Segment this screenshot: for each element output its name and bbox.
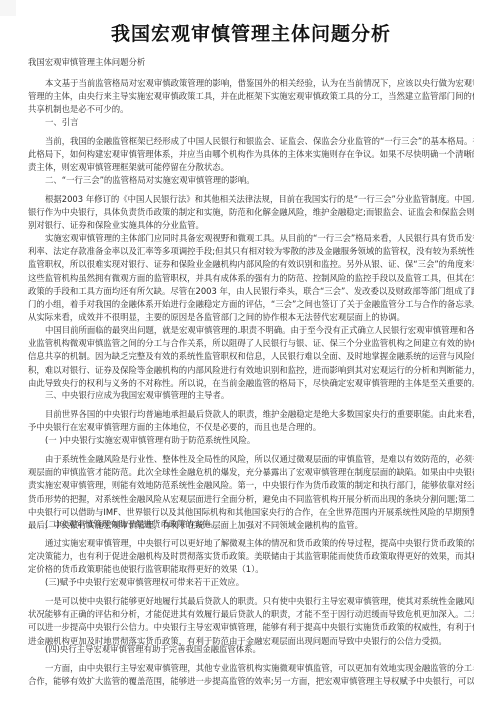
text-line: 目前世界各国的中央银行均普遍地承担最后贷款人的职责，维护金融稳定是绝大多数国家央… <box>28 408 474 421</box>
text-line: 通过实施宏观审慎管理，中央银行可以更好地了解微观主体的情况和货币政策的传导过程，… <box>28 537 474 550</box>
text-line: (二)宏观审慎管理有助于促进货币政策的实施。 <box>28 518 474 531</box>
section-heading: 三、中央银行应成为我国宏观审慎管理的主导者。 <box>28 389 474 402</box>
text-line: 管理的主体，由央行来主导实施宏观审慎政策工具，并在此框架下实施宏观审慎政策工具的… <box>28 90 474 103</box>
text-line: 定价格的货币政策职能也使银行监管职能取得更好的效果（1）。 <box>28 563 474 576</box>
section-heading: 一、引言 <box>28 116 474 129</box>
text-line: 政策的手段和工具方面均还有所欠缺。尽管在2003 年，由人民银行牵头，联合“三会… <box>28 285 474 298</box>
text-line: 利率、法定存款准备金率以及汇率等多项调控手段;但其只有相对较为零散的涉及金融服务… <box>28 245 474 258</box>
text-line: 中央银行可以借助与IMF、世界银行以及其他国际机构和其他国家央行的合作，在全世界… <box>28 506 474 519</box>
section-heading: 二、“一行三会”的监管格局对实施宏观审慎管理的影响。 <box>28 174 474 187</box>
paragraph: 一方面，由中央银行主导宏观审慎管理，其他专业监管机构实施微观审慎监管，可以更加有… <box>28 662 474 688</box>
text-line: 予中央银行在宏观审慎管理方面的主体地位，不仅是必要的，而且也是合理的。 <box>28 421 474 434</box>
text-line: 当前，我国的金融监管框架已经形成了中国人民银行和银监会、证监会、保监会分业监管的… <box>28 135 474 148</box>
section-heading: (一 )中央银行实施宏观审慎管理有助于防范系统性风险。 <box>28 434 474 447</box>
text-line: 门的小组，着手对我国的金融体系开始进行金融稳定方面的评估，“三会”之间也签订了关… <box>28 298 474 311</box>
text-line: 从实际来看，成效并不很明显，主要的原因是各监管部门之间的协作根本无法替代宏观层面… <box>28 311 474 324</box>
text-line: 一是可以使中央银行能够更好地履行其最后贷款人的职责。只有使中央银行主导宏观审慎管… <box>28 595 474 608</box>
text-line: 此格局下，如何构建宏观审慎管理体系，并应当由哪个机构作为具体的主体来实施则存在争… <box>28 148 474 161</box>
text-line: 合作，能够有效扩大监管的覆盖范围，能够进一步提高监管的效率;另一方面，把宏观审慎… <box>28 675 474 688</box>
paragraph: 根据2003 年修订的《中国人民银行法》和其他相关法律法规，目前在我国实行的是“… <box>28 193 474 233</box>
text-line: (一 )中央银行实施宏观审慎管理有助于防范系统性风险。 <box>28 434 474 447</box>
paragraph: 中国目前所面临的最突出问题，就是宏观审慎管理的.职责不明确。由于至今没有正式确立… <box>28 324 474 390</box>
text-line: 监管职权，所以很难实现对银行、证券和保险业金融机构内部风险的有效识别和监控。另外… <box>28 258 474 271</box>
text-line: 共享机制也是必不可少的。 <box>28 103 474 116</box>
paragraph: 一是可以使中央银行能够更好地履行其最后贷款人的职责。只有使中央银行主导宏观审慎管… <box>28 595 474 648</box>
text-line: 一方面，由中央银行主导宏观审慎管理，其他专业监管机构实施微观审慎监管，可以更加有… <box>28 662 474 675</box>
paragraph: 当前，我国的金融监管框架已经形成了中国人民银行和银监会、证监会、保监会分业监管的… <box>28 135 474 175</box>
text-line: 观层面的审慎监管才能防范。此次全球性金融危机的爆发，充分暴露出了宏观审慎管理在制… <box>28 466 474 479</box>
paragraph: 实施宏观审慎管理的主体部门应同时具备宏观视野和微观工具。从目前的“一行三会”格局… <box>28 232 474 324</box>
text-line: 根据2003 年修订的《中国人民银行法》和其他相关法律法规，目前在我国实行的是“… <box>28 193 474 206</box>
subtitle-text: 我国宏观审慎管理主体问题分析 <box>28 56 474 69</box>
text-line: 一、引言 <box>28 116 474 129</box>
page-corner-mark <box>0 0 16 16</box>
text-line: 实施宏观审慎管理的主体部门应同时具备宏观视野和微观工具。从目前的“一行三会”格局… <box>28 232 474 245</box>
paragraph: 通过实施宏观审慎管理，中央银行可以更好地了解微观主体的情况和货币政策的传导过程，… <box>28 537 474 577</box>
text-line: 业监管机构微观审慎监管之间的分工与合作关系，所以阻碍了人民银行与银、证、保三个分… <box>28 337 474 350</box>
text-line: 由于系统性金融风险是行业性、整体性及全局性的风险，所以仅通过微观层面的审慎监管，… <box>28 453 474 466</box>
document-title: 我国宏观审慎管理主体问题分析 <box>28 21 474 47</box>
text-line: 积，难以对银行、证券及保险等金融机构的内部风险进行有效地识别和监控，进而影响到其… <box>28 364 474 377</box>
text-line: 二、“一行三会”的监管格局对实施宏观审慎管理的影响。 <box>28 174 474 187</box>
text-line: 定决策能力，也有利于促进金融机构及时贯彻落实货币政策。美联储由于其监管职能而使货… <box>28 550 474 563</box>
text-line: 责主体，则宏观审慎管理框架就可能停留在分散状态。 <box>28 161 474 174</box>
section-heading: (三)赋予中央银行宏观审慎管理权可带来若干正效应。 <box>28 576 474 589</box>
paragraph: 本文基于当前监管格局对宏观审慎政策管理的影响，借鉴国外的相关经验，认为在当前情况… <box>28 77 474 117</box>
text-line: 信息共享的机制。因为缺乏完整及有效的系统性监管职权和信息，人民银行难以全面、及时… <box>28 350 474 363</box>
text-line: 责实施宏观审慎管理，则能有效地防范系统性金融风险。第一，中央银行作为货币政策的制… <box>28 479 474 492</box>
text-line: 本文基于当前监管格局对宏观审慎政策管理的影响，借鉴国外的相关经验，认为在当前情况… <box>28 77 474 90</box>
text-line: 状况能够有正确的评估和分析，才能促进其有效履行最后贷款人的职责，才能不至于因行动… <box>28 608 474 621</box>
text-line: 货币形势的把握，对系统性金融风险从宏观层面进行全面分析，避免由不同监管机构开展分… <box>28 493 474 506</box>
text-line: 别对银行、证券和保险业实施具体的分业监管。 <box>28 219 474 232</box>
text-line: 中国目前所面临的最突出问题，就是宏观审慎管理的.职责不明确。由于至今没有正式确立… <box>28 324 474 337</box>
text-line: (四)央行主导宏观审慎管理有助于完善我国金融监管体系。 <box>28 643 474 656</box>
section-heading: (二)宏观审慎管理有助于促进货币政策的实施。 <box>28 518 474 531</box>
text-line: 银行作为中央银行，具体负责货币政策的制定和实施，防范和化解金融风险，维护金融稳定… <box>28 206 474 219</box>
text-line: (三)赋予中央银行宏观审慎管理权可带来若干正效应。 <box>28 576 474 589</box>
text-line: 三、中央银行应成为我国宏观审慎管理的主导者。 <box>28 389 474 402</box>
text-line: 可以进一步提高中央银行公信力。中央银行主导宏观审慎管理，能够有利于提高中央银行实… <box>28 621 474 634</box>
section-heading: (四)央行主导宏观审慎管理有助于完善我国金融监管体系。 <box>28 643 474 656</box>
document-subtitle: 我国宏观审慎管理主体问题分析 <box>28 56 474 69</box>
text-line: 这些监管机构虽然拥有微观方面的监管职权，并具有成体系的强有力的防范、控制风险的监… <box>28 272 474 285</box>
text-line: 由此导致央行的权利与义务的不对称性。所以说，在当前金融监管的格局下，尽快确定宏观… <box>28 377 474 390</box>
paragraph: 目前世界各国的中央银行均普遍地承担最后贷款人的职责，维护金融稳定是绝大多数国家央… <box>28 408 474 434</box>
